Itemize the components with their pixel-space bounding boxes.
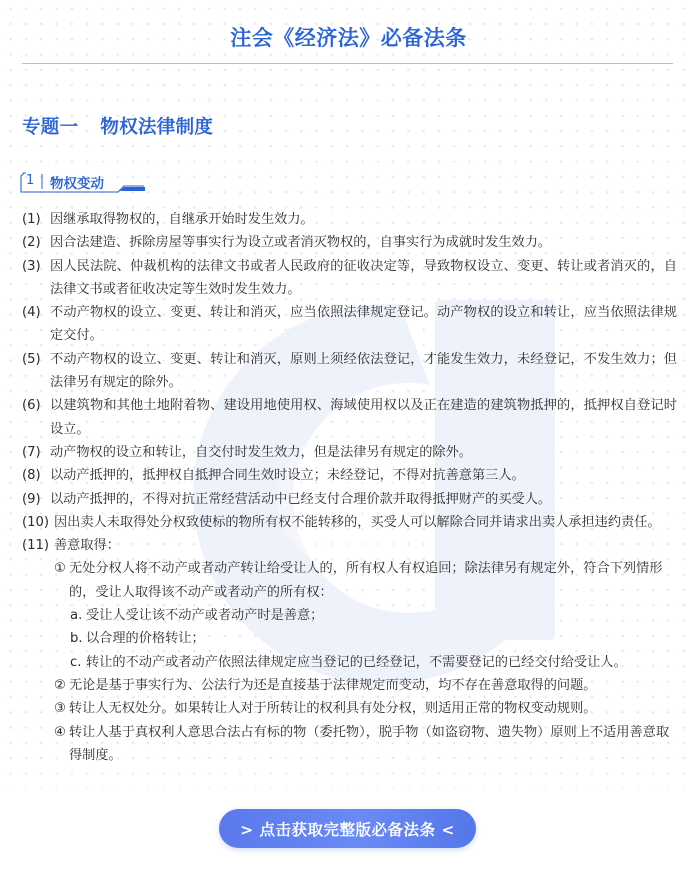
item-text: 以动产抵押的，抵押权自抵押合同生效时设立；未经登记，不得对抗善意第三人。 — [50, 464, 677, 487]
good-faith-point: ④ 转让人基于真权利人意思合法占有标的物（委托物），脱手物（如盗窃物、遗失物）原… — [54, 721, 677, 768]
list-item: (10) 因出卖人未取得处分权致使标的物所有权不能转移的，买受人可以解除合同并请… — [22, 511, 677, 534]
item-number: (9) — [22, 488, 50, 511]
section-number: 1 — [26, 173, 34, 188]
list-item: (5) 不动产物权的设立、变更、转让和消灭，原则上须经依法登记，才能发生效力，未… — [22, 348, 677, 395]
item-text: 因人民法院、仲裁机构的法律文书或者人民政府的征收决定等，导致物权设立、变更、转让… — [50, 255, 677, 302]
point-marker: ③ — [54, 697, 69, 720]
section-heading: 1 物权变动 — [20, 171, 146, 193]
point-marker: ② — [54, 674, 69, 697]
list-item: (8) 以动产抵押的，抵押权自抵押合同生效时设立；未经登记，不得对抗善意第三人。 — [22, 464, 677, 487]
header: 注会《经济法》必备法条 — [0, 0, 697, 86]
point-text: 无论是基于事实行为、公法行为还是直接基于法律规定而变动，均不存在善意取得的问题。 — [69, 674, 677, 697]
item-number: (10) — [22, 511, 54, 534]
point-marker: ① — [54, 557, 69, 604]
item-number: (7) — [22, 441, 50, 464]
point-marker: ④ — [54, 721, 69, 768]
get-full-version-button[interactable]: > 点击获取完整版必备法条 < — [219, 809, 476, 848]
item-text: 不动产物权的设立、变更、转让和消灭，应当依照法律规定登记。动产物权的设立和转让，… — [50, 301, 677, 348]
list-item: (11) 善意取得： — [22, 534, 677, 557]
list-item: (9) 以动产抵押的，不得对抗正常经营活动中已经支付合理价款并取得抵押财产的买受… — [22, 488, 677, 511]
topic-name: 物权法律制度 — [100, 117, 213, 138]
condition-item: a. 受让人受让该不动产或者动产时是善意； — [70, 604, 677, 627]
item-text: 因继承取得物权的，自继承开始时发生效力。 — [50, 208, 677, 231]
good-faith-point: ① 无处分权人将不动产或者动产转让给受让人的，所有权人有权追回；除法律另有规定外… — [54, 557, 677, 604]
topic-prefix: 专题一 — [22, 117, 78, 138]
item-text: 动产物权的设立和转让，自交付时发生效力，但是法律另有规定的除外。 — [50, 441, 677, 464]
article-list: (1) 因继承取得物权的，自继承开始时发生效力。 (2) 因合法建造、拆除房屋等… — [22, 208, 677, 767]
topic-heading: 专题一物权法律制度 — [22, 113, 213, 139]
item-number: (5) — [22, 348, 50, 395]
condition-marker: c. — [70, 651, 86, 674]
document-title: 注会《经济法》必备法条 — [0, 22, 697, 52]
list-item: (1) 因继承取得物权的，自继承开始时发生效力。 — [22, 208, 677, 231]
item-text: 善意取得： — [54, 534, 677, 557]
good-faith-point: ③ 转让人无权处分。如果转让人对于所转让的权利具有处分权，则适用正常的物权变动规… — [54, 697, 677, 720]
point-text: 无处分权人将不动产或者动产转让给受让人的，所有权人有权追回；除法律另有规定外，符… — [69, 557, 677, 604]
item-number: (6) — [22, 394, 50, 441]
section-label: 物权变动 — [50, 172, 104, 192]
point-text: 转让人无权处分。如果转让人对于所转让的权利具有处分权，则适用正常的物权变动规则。 — [69, 697, 677, 720]
content-fade — [0, 765, 697, 805]
item-text: 不动产物权的设立、变更、转让和消灭，原则上须经依法登记，才能发生效力，未经登记，… — [50, 348, 677, 395]
condition-marker: b. — [70, 627, 86, 650]
condition-item: c. 转让的不动产或者动产依照法律规定应当登记的已经登记，不需要登记的已经交付给… — [70, 651, 677, 674]
item-number: (3) — [22, 255, 50, 302]
item-number: (11) — [22, 534, 54, 557]
list-item: (6) 以建筑物和其他土地附着物、建设用地使用权、海域使用权以及正在建造的建筑物… — [22, 394, 677, 441]
condition-item: b. 以合理的价格转让； — [70, 627, 677, 650]
document-page: 注会《经济法》必备法条 专题一物权法律制度 1 物权变动 (1) 因继承取得物权… — [0, 0, 697, 876]
condition-marker: a. — [70, 604, 86, 627]
good-faith-point: ② 无论是基于事实行为、公法行为还是直接基于法律规定而变动，均不存在善意取得的问… — [54, 674, 677, 697]
item-number: (2) — [22, 231, 50, 254]
item-text: 以建筑物和其他土地附着物、建设用地使用权、海域使用权以及正在建造的建筑物抵押的，… — [50, 394, 677, 441]
item-number: (4) — [22, 301, 50, 348]
item-text: 因出卖人未取得处分权致使标的物所有权不能转移的，买受人可以解除合同并请求出卖人承… — [54, 511, 677, 534]
condition-text: 转让的不动产或者动产依照法律规定应当登记的已经登记，不需要登记的已经交付给受让人… — [86, 651, 627, 674]
item-text: 以动产抵押的，不得对抗正常经营活动中已经支付合理价款并取得抵押财产的买受人。 — [50, 488, 677, 511]
list-item: (3) 因人民法院、仲裁机构的法律文书或者人民政府的征收决定等，导致物权设立、变… — [22, 255, 677, 302]
point-text: 转让人基于真权利人意思合法占有标的物（委托物），脱手物（如盗窃物、遗失物）原则上… — [69, 721, 677, 768]
footer-cta-area: > 点击获取完整版必备法条 < — [0, 800, 697, 876]
title-divider — [22, 63, 673, 64]
item-number: (8) — [22, 464, 50, 487]
item-text: 因合法建造、拆除房屋等事实行为设立或者消灭物权的，自事实行为成就时发生效力。 — [50, 231, 677, 254]
list-item: (4) 不动产物权的设立、变更、转让和消灭，应当依照法律规定登记。动产物权的设立… — [22, 301, 677, 348]
condition-text: 受让人受让该不动产或者动产时是善意； — [86, 604, 323, 627]
list-item: (2) 因合法建造、拆除房屋等事实行为设立或者消灭物权的，自事实行为成就时发生效… — [22, 231, 677, 254]
list-item: (7) 动产物权的设立和转让，自交付时发生效力，但是法律另有规定的除外。 — [22, 441, 677, 464]
item-number: (1) — [22, 208, 50, 231]
condition-text: 以合理的价格转让； — [86, 627, 205, 650]
